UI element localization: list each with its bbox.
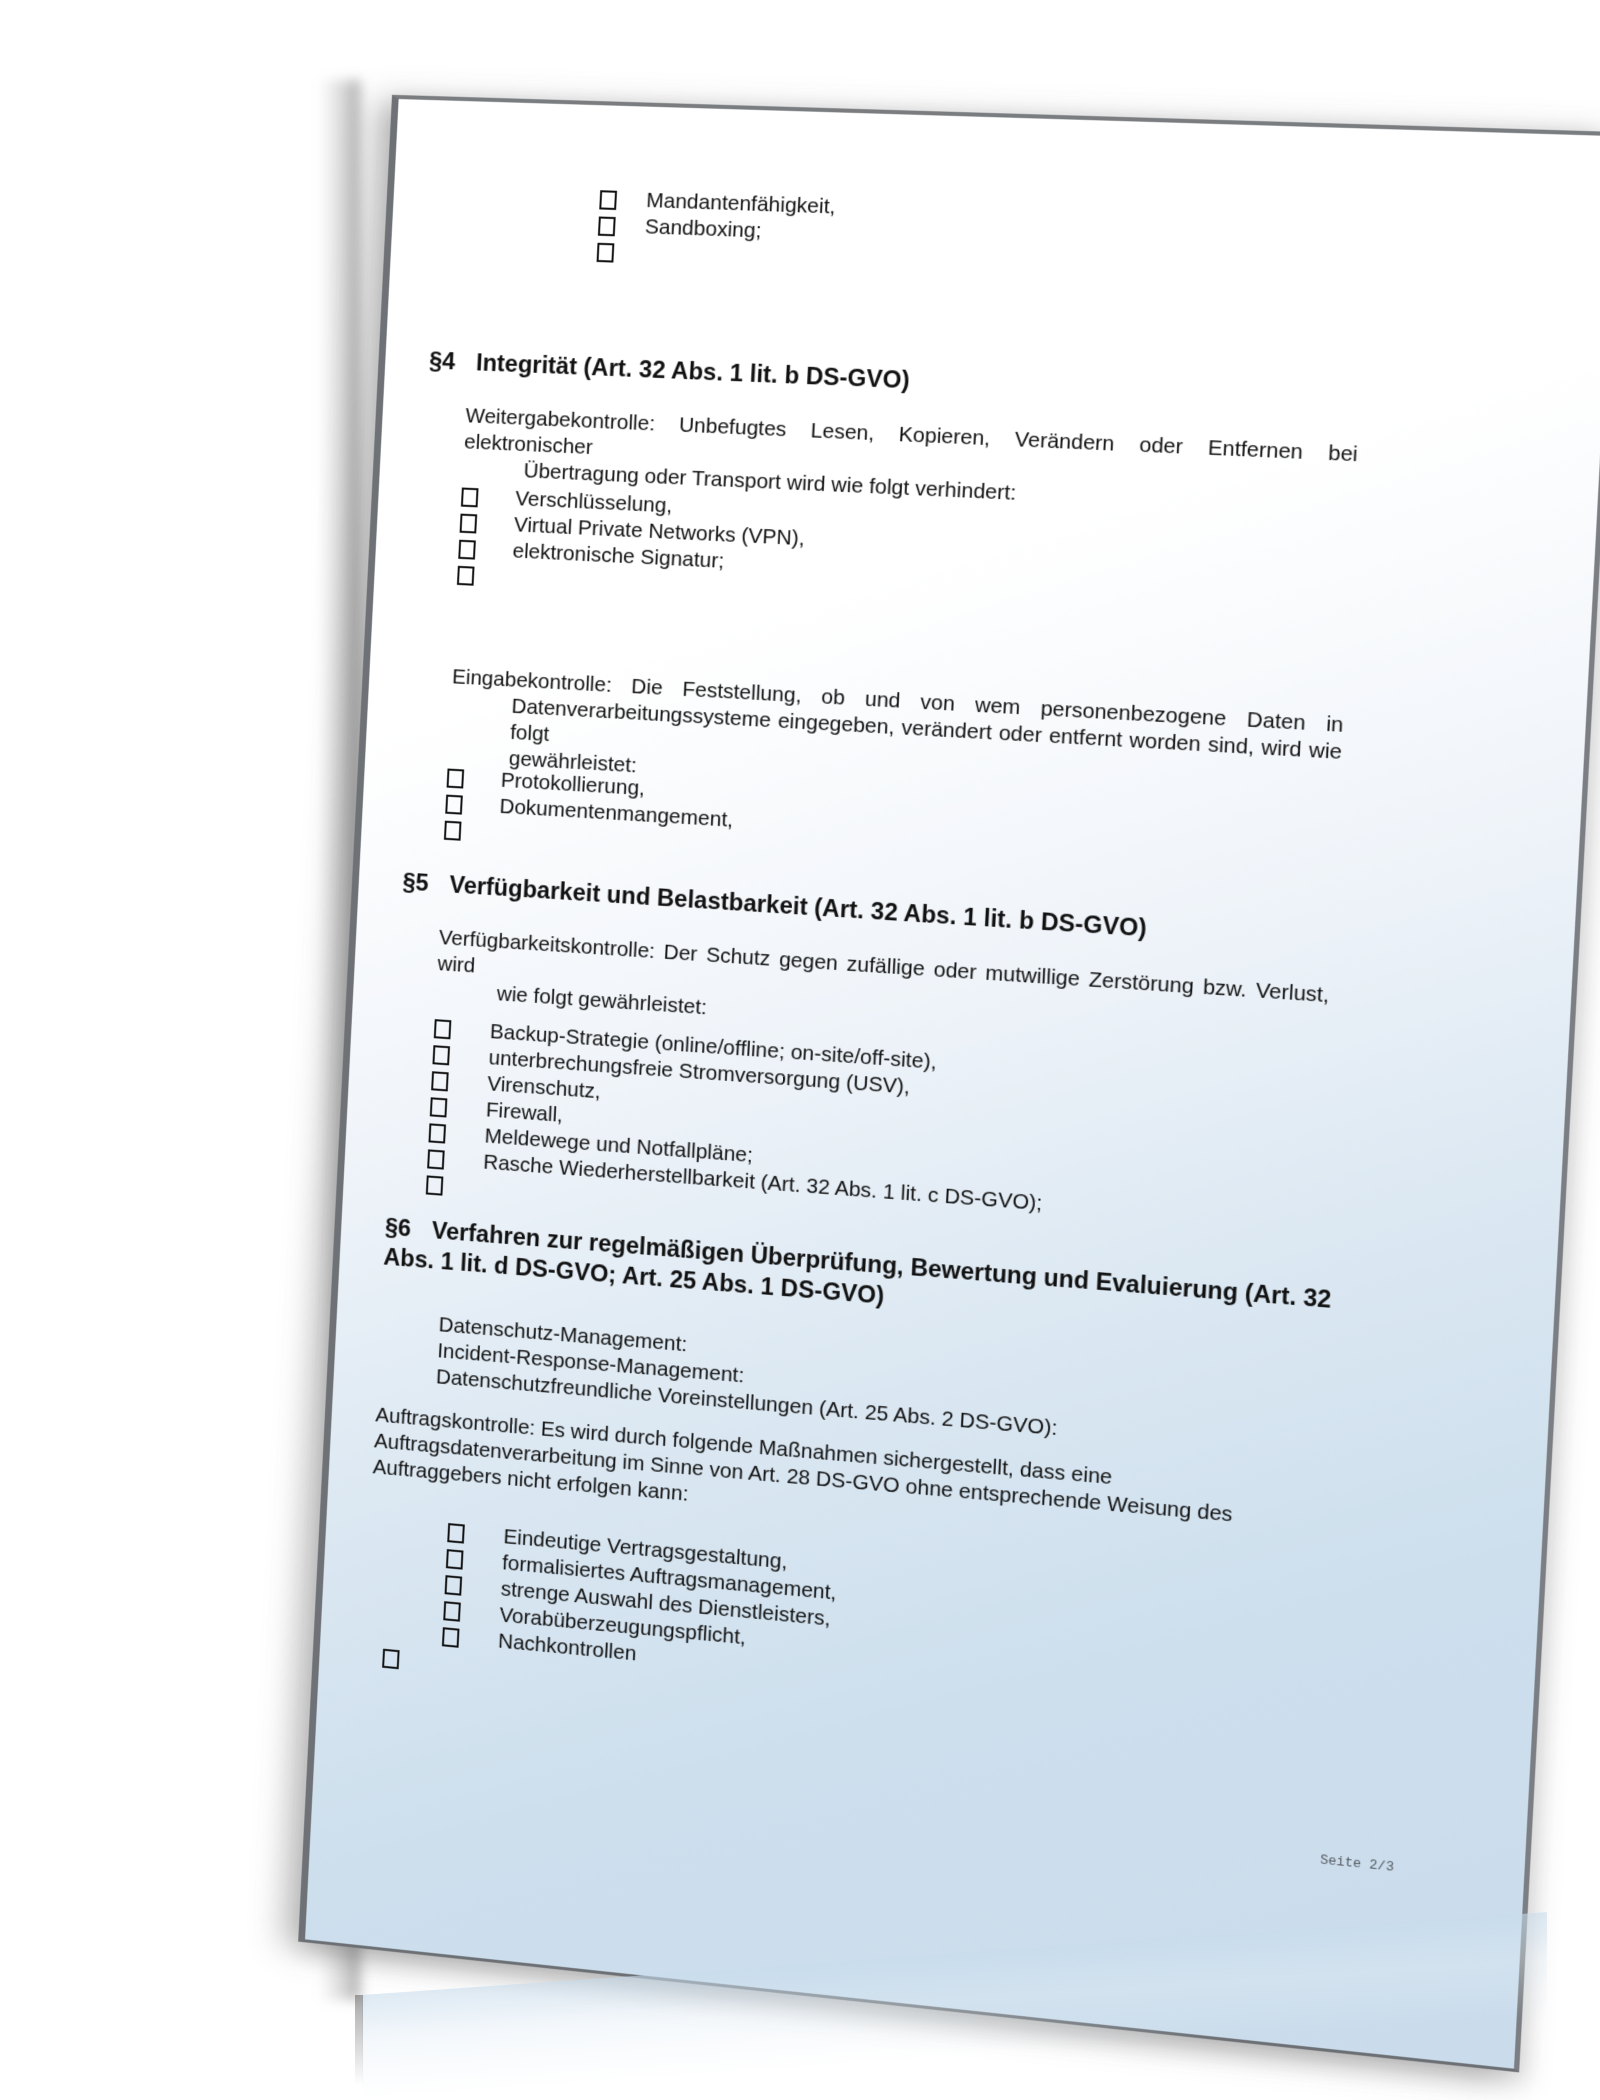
checkbox-icon[interactable]: [599, 190, 617, 210]
weitergabe-checkbox-list: Verschlüsselung,Virtual Private Networks…: [457, 483, 807, 605]
checkbox-icon[interactable]: [460, 513, 478, 533]
verfuegbarkeit-checkbox-list: Backup-Strategie (online/offline; on-sit…: [426, 1015, 1050, 1244]
checkbox-icon[interactable]: [432, 1045, 450, 1065]
page-number: Seite 2/3: [1319, 1847, 1394, 1881]
checkbox-icon[interactable]: [444, 820, 462, 840]
eingabe-checkbox-list: Protokollierung,Dokumentenmangement,: [444, 764, 735, 860]
checkbox-icon[interactable]: [431, 1071, 449, 1091]
checkbox-label: Sandboxing;: [644, 214, 762, 245]
checkbox-icon[interactable]: [458, 539, 476, 559]
checkbox-icon[interactable]: [447, 768, 465, 788]
checkbox-icon[interactable]: [382, 1649, 399, 1670]
section-4-heading: §4Integrität (Art. 32 Abs. 1 lit. b DS-G…: [428, 346, 910, 396]
top-checkbox-list: Mandantenfähigkeit,Sandboxing;: [596, 186, 836, 274]
section-title: Integrität (Art. 32 Abs. 1 lit. b DS-GVO…: [475, 349, 910, 394]
checkbox-icon[interactable]: [598, 216, 616, 236]
page-content: Mandantenfähigkeit,Sandboxing; §4Integri…: [305, 99, 1600, 2069]
checkbox-icon[interactable]: [426, 1175, 444, 1195]
checkbox-icon[interactable]: [434, 1019, 452, 1039]
checkbox-icon[interactable]: [427, 1149, 445, 1169]
checkbox-icon[interactable]: [442, 1627, 460, 1648]
checkbox-icon[interactable]: [461, 487, 479, 507]
checkbox-icon[interactable]: [445, 1575, 463, 1596]
checkbox-icon[interactable]: [443, 1601, 461, 1622]
checkbox-icon[interactable]: [447, 1523, 465, 1544]
section-number: §4: [428, 346, 476, 378]
checkbox-icon[interactable]: [430, 1097, 448, 1117]
auftrag-extra-checkboxes: [382, 1649, 399, 1670]
checkbox-icon[interactable]: [457, 565, 475, 585]
auftrag-checkbox-list: Eindeutige Vertragsgestaltung,formalisie…: [442, 1519, 839, 1686]
section-number: §5: [402, 867, 450, 900]
checkbox-icon[interactable]: [597, 242, 615, 262]
checkbox-icon[interactable]: [446, 1549, 464, 1570]
checkbox-icon[interactable]: [428, 1123, 446, 1143]
section-number: §6: [384, 1212, 432, 1246]
checkbox-icon[interactable]: [445, 794, 463, 814]
page-reflection-edge: [355, 1995, 363, 2085]
document-preview-stage: Mandantenfähigkeit,Sandboxing; §4Integri…: [0, 0, 1600, 2100]
document-page: Mandantenfähigkeit,Sandboxing; §4Integri…: [298, 95, 1600, 2073]
